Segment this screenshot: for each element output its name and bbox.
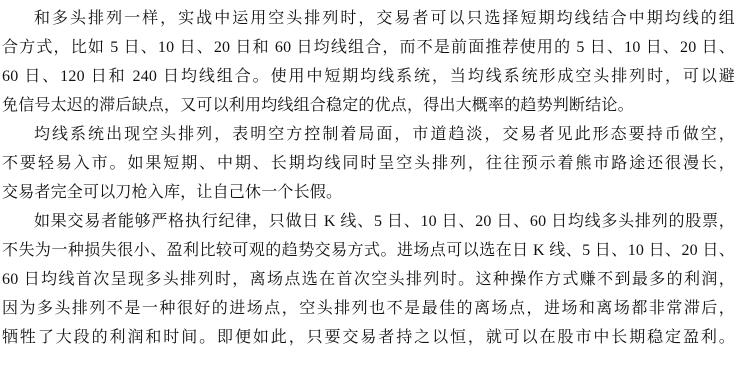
paragraph-bearish-alignment-usage: 和多头排列一样，实战中运用空头排列时，交易者可以只选择短期均线结合中期均线的组 … [2,4,735,120]
text-line: 交易者完全可以刀枪入库，让自己休一个长假。 [2,178,735,207]
text-line: 牺牲了大段的利润和时间。即便如此，只要交易者持之以恒，就可以在股市中长期稳定盈利… [2,323,735,352]
text-line: 60 日、120 日和 240 日均线组合。使用中短期均线系统，当均线系统形成空… [2,62,735,91]
text-line: 如果交易者能够严格执行纪律，只做日 K 线、5 日、10 日、20 日、60 日… [2,207,735,236]
text-line: 不失为一种损失很小、盈利比较可观的趋势交易方式。进场点可以选在日 K 线、5 日… [2,236,735,265]
text-line: 免信号太迟的滞后缺点，又可以利用均线组合稳定的优点，得出大概率的趋势判断结论。 [2,91,735,120]
text-line: 合方式，比如 5 日、10 日、20 日和 60 日均线组合，而不是前面推荐使用… [2,33,735,62]
text-line: 均线系统出现空头排列，表明空方控制着局面，市道趋淡，交易者见此形态要持币做空， [2,120,735,149]
text-line: 不要轻易入市。如果短期、中期、长期均线同时呈空头排列，往往预示着熊市路途还很漫长… [2,149,735,178]
paragraph-discipline-trading-method: 如果交易者能够严格执行纪律，只做日 K 线、5 日、10 日、20 日、60 日… [2,207,735,352]
text-line: 和多头排列一样，实战中运用空头排列时，交易者可以只选择短期均线结合中期均线的组 [2,4,735,33]
text-line: 因为多头排列不是一种很好的进场点，空头排列也不是最佳的离场点，进场和离场都非常滞… [2,294,735,323]
document-page: 和多头排列一样，实战中运用空头排列时，交易者可以只选择短期均线结合中期均线的组 … [0,0,737,374]
text-line: 60 日均线首次呈现多头排列时，离场点选在首次空头排列时。这种操作方式赚不到最多… [2,265,735,294]
paragraph-bearish-market-meaning: 均线系统出现空头排列，表明空方控制着局面，市道趋淡，交易者见此形态要持币做空， … [2,120,735,207]
